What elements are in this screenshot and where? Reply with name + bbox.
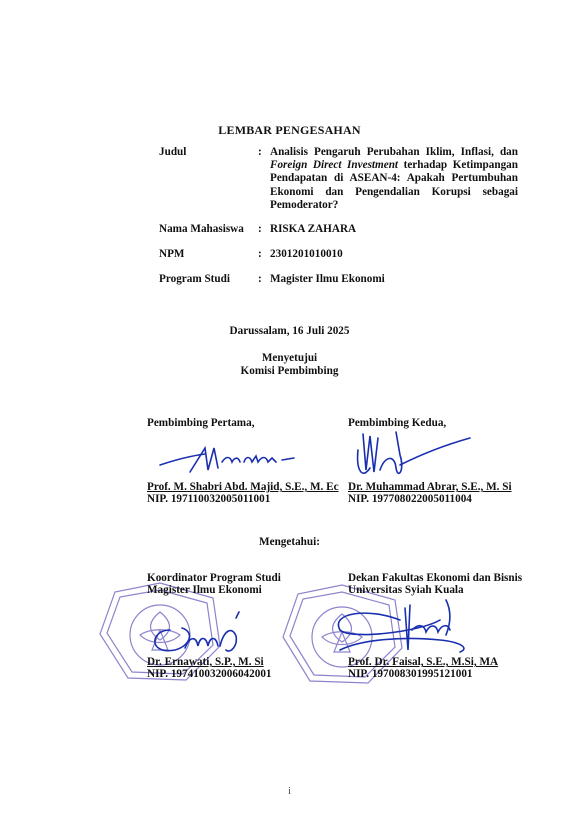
- page-number: i: [0, 786, 579, 797]
- signature-supervisor-2: [358, 432, 470, 473]
- signature-supervisor-1: [160, 448, 294, 472]
- signature-official-2: [338, 600, 463, 652]
- signatures-layer: [0, 0, 579, 819]
- approval-page: LEMBAR PENGESAHAN Judul : Analisis Penga…: [0, 0, 579, 819]
- signature-official-1: [155, 612, 239, 651]
